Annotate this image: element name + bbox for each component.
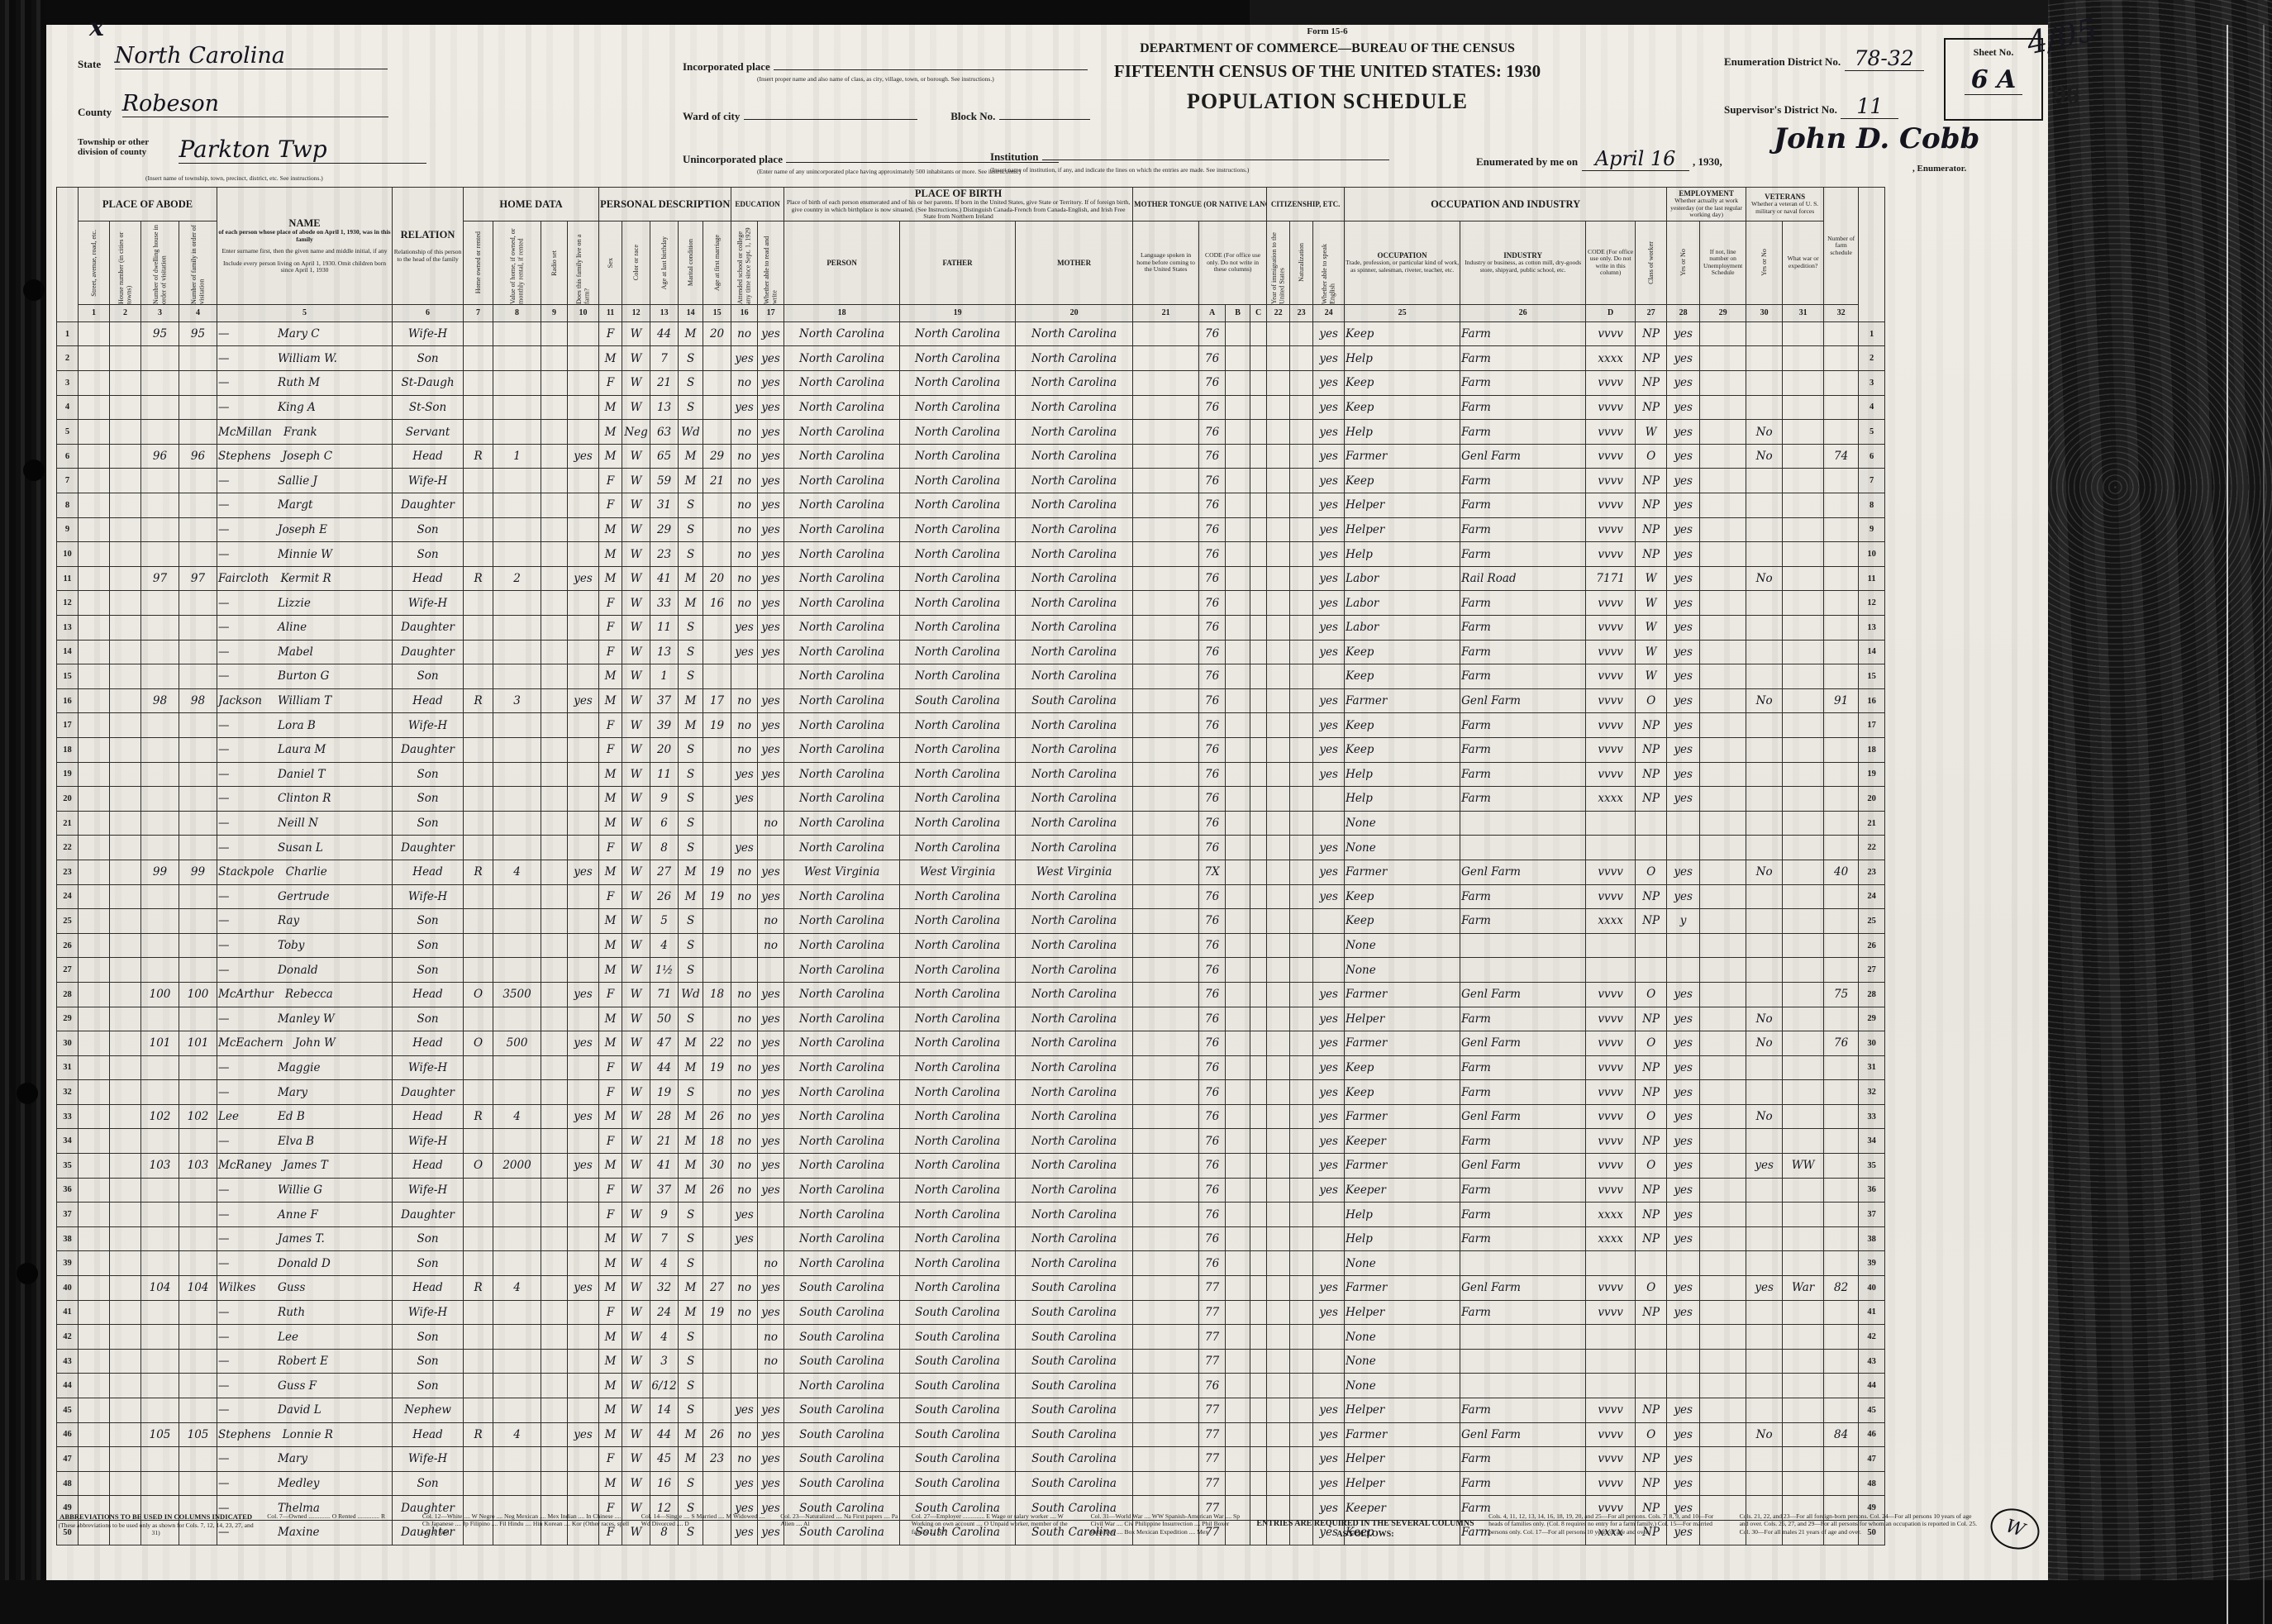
given-name: Lizzie (278, 597, 311, 610)
cell-relation: Head (393, 566, 464, 591)
cell-birthplace-father: West Virginia (900, 860, 1016, 884)
cell-code-a: 76 (1199, 664, 1226, 689)
cell-relation: Daughter (393, 493, 464, 518)
cell-sex: M (599, 1471, 622, 1496)
cell-birthplace-mother: North Carolina (1016, 395, 1133, 420)
cell-naturalization (1290, 860, 1313, 884)
given-name: Ruth (278, 1306, 305, 1319)
cell-veteran (1746, 1055, 1783, 1080)
surname: — (218, 669, 266, 683)
cell-age: 4 (650, 1251, 679, 1276)
cell-occupation: Keep (1345, 1080, 1460, 1105)
block-label: Block No. (950, 110, 995, 122)
given-name: Toby (278, 939, 304, 952)
cell-radio (541, 517, 568, 542)
col22-header: Year of immigration to the United States (1267, 221, 1290, 304)
cell-farm (568, 811, 599, 836)
cell-sex: M (599, 1276, 622, 1301)
surname: — (218, 498, 266, 512)
cell-war (1783, 762, 1824, 787)
cell-code-a: 77 (1199, 1447, 1226, 1472)
line-number-right: 27 (1859, 958, 1885, 983)
cell-code-d: vvvv (1586, 395, 1636, 420)
cell-family-number: 95 (179, 321, 217, 346)
cell-radio (541, 371, 568, 396)
cell-age-married: 23 (703, 1447, 731, 1472)
cell-industry: Farm (1460, 395, 1586, 420)
cell-birthplace-father: South Carolina (900, 1325, 1016, 1350)
cell-code-d: vvvv (1586, 982, 1636, 1007)
cell-age: 45 (650, 1447, 679, 1472)
cell-code-d: vvvv (1586, 1007, 1636, 1031)
cell-code-d (1586, 811, 1636, 836)
cell-class-of-worker: NP (1636, 1080, 1667, 1105)
census-row: 35 103 103 McRaneyJames T Head O 2000 ye… (57, 1154, 1885, 1179)
cell-farm-schedule (1824, 933, 1859, 958)
cell-farm-schedule (1824, 1178, 1859, 1203)
cell-race: W (622, 493, 650, 518)
surname: — (218, 352, 266, 365)
cell-occupation: Helper (1345, 517, 1460, 542)
cell-birthplace-mother: North Carolina (1016, 664, 1133, 689)
cell-code-d: vvvv (1586, 1276, 1636, 1301)
cell-worked-yesterday: yes (1667, 1178, 1700, 1203)
cell-farm (568, 1374, 599, 1398)
cell-age-married: 29 (703, 444, 731, 469)
cell-house-number (110, 321, 141, 346)
cell-marital: M (679, 688, 703, 713)
cell-street (79, 566, 110, 591)
cell-war (1783, 469, 1824, 493)
cell-industry: Farm (1460, 713, 1586, 738)
cell-class-of-worker (1636, 1251, 1667, 1276)
cell-sex: F (599, 371, 622, 396)
cell-school (731, 1349, 758, 1374)
line-number-left: 11 (57, 566, 79, 591)
cell-immigration-year (1267, 787, 1290, 812)
given-name: Lonnie R (283, 1428, 333, 1441)
cell-owned-rented (464, 420, 493, 445)
cell-birthplace-person: West Virginia (784, 860, 900, 884)
cell-marital: M (679, 860, 703, 884)
cell-code-c (1250, 1080, 1267, 1105)
cell-war (1783, 1031, 1824, 1056)
given-name: Mary (278, 1452, 307, 1465)
cell-radio (541, 1276, 568, 1301)
cell-farm (568, 1349, 599, 1374)
cell-industry: Farm (1460, 591, 1586, 616)
film-edge-bottom (0, 1580, 2272, 1624)
cell-speaks-english: yes (1313, 542, 1345, 567)
cell-relation: Wife-H (393, 591, 464, 616)
cell-family-number: 99 (179, 860, 217, 884)
cell-race: W (622, 1300, 650, 1325)
cell-worked-yesterday: yes (1667, 1129, 1700, 1154)
cell-name: —Aline (217, 616, 393, 641)
cell-birthplace-person: North Carolina (784, 321, 900, 346)
sd-value: 11 (1841, 94, 1898, 119)
cell-age-married (703, 1325, 731, 1350)
cell-street (79, 1129, 110, 1154)
cell-worked-yesterday: y (1667, 909, 1700, 934)
cell-house-number (110, 1447, 141, 1472)
cell-birthplace-mother: North Carolina (1016, 737, 1133, 762)
cell-sex: F (599, 469, 622, 493)
cell-house-number (110, 1104, 141, 1129)
census-row: 3 —Ruth M St-Daugh F W 21 S no yes North… (57, 371, 1885, 396)
census-row: 8 —Margt Daughter F W 31 S no yes North … (57, 493, 1885, 518)
cell-language (1133, 1447, 1199, 1472)
cell-relation: Son (393, 1251, 464, 1276)
cell-home-value (493, 909, 541, 934)
cell-class-of-worker: NP (1636, 1471, 1667, 1496)
cell-class-of-worker: W (1636, 420, 1667, 445)
cell-speaks-english: yes (1313, 1129, 1345, 1154)
cell-age: 19 (650, 1080, 679, 1105)
cell-code-c (1250, 664, 1267, 689)
line-number-left: 47 (57, 1447, 79, 1472)
cell-dwelling-number (141, 811, 179, 836)
cell-sex: M (599, 787, 622, 812)
township-line: Township or other division of county Par… (78, 137, 706, 165)
cell-home-value (493, 811, 541, 836)
given-name: Mary C (278, 327, 320, 341)
cell-class-of-worker: NP (1636, 517, 1667, 542)
cell-relation: Son (393, 933, 464, 958)
cell-war (1783, 958, 1824, 983)
cell-farm: yes (568, 1276, 599, 1301)
cell-code-a: 76 (1199, 737, 1226, 762)
cell-name: —Ruth M (217, 371, 393, 396)
cell-unemployment-line (1700, 591, 1746, 616)
line-number-left: 35 (57, 1154, 79, 1179)
cell-house-number (110, 1178, 141, 1203)
cell-naturalization (1290, 420, 1313, 445)
cell-class-of-worker: NP (1636, 787, 1667, 812)
cell-dwelling-number (141, 616, 179, 641)
cell-code-a: 76 (1199, 1178, 1226, 1203)
cell-immigration-year (1267, 836, 1290, 860)
cell-read-write: yes (758, 640, 784, 664)
given-name: John W (295, 1036, 336, 1050)
given-name: Lee (278, 1331, 298, 1344)
cell-home-value (493, 933, 541, 958)
line-number-right: 48 (1859, 1471, 1885, 1496)
census-row: 46 105 105 StephensLonnie R Head R 4 yes… (57, 1422, 1885, 1447)
cell-occupation: Farmer (1345, 1422, 1460, 1447)
cell-industry: Farm (1460, 1203, 1586, 1227)
given-name: Ray (278, 914, 299, 927)
cell-relation: Daughter (393, 616, 464, 641)
cell-occupation: Farmer (1345, 860, 1460, 884)
cell-birthplace-person: North Carolina (784, 346, 900, 371)
cell-dwelling-number (141, 517, 179, 542)
cell-code-d: vvvv (1586, 1447, 1636, 1472)
cell-birthplace-father: North Carolina (900, 469, 1016, 493)
census-row: 26 —Toby Son M W 4 S no North Carolina N… (57, 933, 1885, 958)
cell-code-a: 76 (1199, 982, 1226, 1007)
col31-label: What war or expedition? (1784, 255, 1822, 269)
census-row: 23 99 99 StackpoleCharlie Head R 4 yes M… (57, 860, 1885, 884)
column-number: 15 (703, 304, 731, 321)
cell-farm-schedule (1824, 1300, 1859, 1325)
line-number-left: 15 (57, 664, 79, 689)
cell-code-a: 76 (1199, 616, 1226, 641)
cell-age-married: 26 (703, 1422, 731, 1447)
cell-code-b (1226, 1300, 1250, 1325)
group-veterans: VETERANS Whether a veteran of U. S. mili… (1746, 188, 1824, 221)
cell-code-a: 77 (1199, 1349, 1226, 1374)
cell-dwelling-number (141, 371, 179, 396)
cell-house-number (110, 811, 141, 836)
cell-house-number (110, 395, 141, 420)
cell-age-married (703, 1251, 731, 1276)
cell-relation: Wife-H (393, 713, 464, 738)
cell-age: 23 (650, 542, 679, 567)
cell-worked-yesterday: yes (1667, 321, 1700, 346)
cell-house-number (110, 591, 141, 616)
surname: — (218, 621, 266, 634)
line-number-left: 16 (57, 688, 79, 713)
cell-birthplace-person: North Carolina (784, 493, 900, 518)
cell-school: no (731, 444, 758, 469)
cell-farm-schedule (1824, 1349, 1859, 1374)
cell-relation: St-Daugh (393, 371, 464, 396)
cell-naturalization (1290, 346, 1313, 371)
cell-birthplace-father: South Carolina (900, 1300, 1016, 1325)
cell-code-c (1250, 566, 1267, 591)
cell-code-a: 76 (1199, 566, 1226, 591)
cell-farm (568, 884, 599, 909)
cell-naturalization (1290, 371, 1313, 396)
line-number-right: 24 (1859, 884, 1885, 909)
cell-street (79, 395, 110, 420)
cell-race: W (622, 1055, 650, 1080)
cell-birthplace-father: North Carolina (900, 591, 1016, 616)
cell-age: 26 (650, 884, 679, 909)
cell-birthplace-mother: North Carolina (1016, 493, 1133, 518)
surname: — (218, 1183, 266, 1197)
cell-code-b (1226, 346, 1250, 371)
cell-school: no (731, 982, 758, 1007)
cell-veteran (1746, 1447, 1783, 1472)
cell-marital: M (679, 1276, 703, 1301)
cell-age-married (703, 1349, 731, 1374)
cell-birthplace-mother: North Carolina (1016, 1031, 1133, 1056)
cell-birthplace-father: South Carolina (900, 1471, 1016, 1496)
cell-school: yes (731, 1203, 758, 1227)
col4-header: Number of family in order of visitation (179, 221, 217, 304)
cell-war (1783, 1104, 1824, 1129)
cell-street (79, 420, 110, 445)
cell-veteran (1746, 1226, 1783, 1251)
code-d-header: CODE (For office use only. Do not write … (1586, 221, 1636, 304)
cell-house-number (110, 958, 141, 983)
cell-birthplace-mother: North Carolina (1016, 420, 1133, 445)
film-scratch-line-2 (2263, 25, 2265, 1624)
cell-naturalization (1290, 1031, 1313, 1056)
cell-class-of-worker: O (1636, 688, 1667, 713)
cell-worked-yesterday: yes (1667, 566, 1700, 591)
cell-class-of-worker: NP (1636, 395, 1667, 420)
cell-code-d: vvvv (1586, 1031, 1636, 1056)
cell-industry: Farm (1460, 1055, 1586, 1080)
column-number: 5 (217, 304, 393, 321)
cell-birthplace-father: North Carolina (900, 1203, 1016, 1227)
column-number: 31 (1783, 304, 1824, 321)
cell-code-a: 76 (1199, 1080, 1226, 1105)
cell-home-value (493, 958, 541, 983)
cell-language (1133, 1226, 1199, 1251)
surname: — (218, 597, 266, 610)
cell-language (1133, 1031, 1199, 1056)
cell-naturalization (1290, 1349, 1313, 1374)
cell-sex: F (599, 982, 622, 1007)
cell-unemployment-line (1700, 811, 1746, 836)
line-number-left: 39 (57, 1251, 79, 1276)
cell-code-c (1250, 737, 1267, 762)
column-number: 23 (1290, 304, 1313, 321)
surname: — (218, 548, 266, 561)
cell-street (79, 1276, 110, 1301)
cell-marital: S (679, 1374, 703, 1398)
cell-owned-rented (464, 664, 493, 689)
cell-farm (568, 787, 599, 812)
cell-race: W (622, 1447, 650, 1472)
cell-age: 9 (650, 787, 679, 812)
check-scrawl: W (1985, 1503, 2045, 1555)
surname: Wilkes (218, 1281, 266, 1294)
cell-immigration-year (1267, 982, 1290, 1007)
cell-owned-rented: R (464, 566, 493, 591)
cell-house-number (110, 1203, 141, 1227)
cell-house-number (110, 1007, 141, 1031)
film-scratch-line (2227, 25, 2228, 1624)
cell-birthplace-father: North Carolina (900, 884, 1016, 909)
cell-speaks-english: yes (1313, 566, 1345, 591)
cell-marital: S (679, 1007, 703, 1031)
cell-age-married: 19 (703, 1055, 731, 1080)
cell-code-b (1226, 493, 1250, 518)
cell-immigration-year (1267, 469, 1290, 493)
cell-sex: F (599, 591, 622, 616)
cell-radio (541, 1374, 568, 1398)
birth-person-header: PERSON (784, 221, 900, 304)
cell-house-number (110, 787, 141, 812)
name-note1: Enter surname first, then the given name… (218, 248, 391, 255)
cell-code-b (1226, 787, 1250, 812)
cell-naturalization (1290, 616, 1313, 641)
cell-industry (1460, 933, 1586, 958)
cell-unemployment-line (1700, 1374, 1746, 1398)
cell-farm-schedule (1824, 566, 1859, 591)
cell-naturalization (1290, 444, 1313, 469)
cell-street (79, 493, 110, 518)
cell-street (79, 909, 110, 934)
cell-worked-yesterday: yes (1667, 346, 1700, 371)
cell-naturalization (1290, 321, 1313, 346)
cell-language (1133, 566, 1199, 591)
cell-marital: S (679, 1251, 703, 1276)
cell-occupation: None (1345, 836, 1460, 860)
column-number: 6 (393, 304, 464, 321)
cell-immigration-year (1267, 688, 1290, 713)
census-row: 20 —Clinton R Son M W 9 S yes North Caro… (57, 787, 1885, 812)
cell-industry: Farm (1460, 664, 1586, 689)
group-home-data: HOME DATA (464, 188, 599, 221)
cell-owned-rented (464, 1251, 493, 1276)
unincorporated-label: Unincorporated place (683, 153, 783, 165)
cell-code-c (1250, 688, 1267, 713)
cell-age: 39 (650, 713, 679, 738)
cell-marital: S (679, 811, 703, 836)
footer: ABBREVIATIONS TO BE USED IN COLUMNS INDI… (56, 1512, 2040, 1552)
cell-farm-schedule (1824, 517, 1859, 542)
cell-code-d: vvvv (1586, 1422, 1636, 1447)
cell-code-d: vvvv (1586, 1129, 1636, 1154)
cell-speaks-english: yes (1313, 860, 1345, 884)
cell-birthplace-mother: South Carolina (1016, 1325, 1133, 1350)
cell-industry: Farm (1460, 1080, 1586, 1105)
census-row: 30 101 101 McEachernJohn W Head O 500 ye… (57, 1031, 1885, 1056)
cell-occupation: Help (1345, 1226, 1460, 1251)
cell-school: no (731, 542, 758, 567)
cell-code-d: xxxx (1586, 1203, 1636, 1227)
cell-birthplace-mother: North Carolina (1016, 517, 1133, 542)
cell-race: W (622, 566, 650, 591)
cell-marital: M (679, 1154, 703, 1179)
supervisor-district-line: Supervisor's District No. 11 (1724, 94, 1898, 119)
col13-label: Age at last birthday (660, 236, 668, 289)
census-row: 31 —Maggie Wife-H F W 44 M 19 no yes Nor… (57, 1055, 1885, 1080)
cell-language (1133, 909, 1199, 934)
cell-code-a: 76 (1199, 517, 1226, 542)
cell-code-d: vvvv (1586, 737, 1636, 762)
cell-code-c (1250, 811, 1267, 836)
cell-home-value: 3 (493, 688, 541, 713)
cell-class-of-worker: W (1636, 640, 1667, 664)
given-name: Donald D (278, 1257, 331, 1270)
cell-name: —Burton G (217, 664, 393, 689)
cell-language (1133, 811, 1199, 836)
cell-language (1133, 542, 1199, 567)
cell-home-value (493, 517, 541, 542)
cell-class-of-worker: O (1636, 1031, 1667, 1056)
cell-race: W (622, 640, 650, 664)
cell-dwelling-number (141, 909, 179, 934)
cell-code-c (1250, 321, 1267, 346)
institution-blank (1042, 149, 1389, 160)
cell-street (79, 860, 110, 884)
cell-farm-schedule (1824, 713, 1859, 738)
cell-war (1783, 1007, 1824, 1031)
cell-language (1133, 860, 1199, 884)
cell-speaks-english: yes (1313, 762, 1345, 787)
cell-unemployment-line (1700, 1154, 1746, 1179)
cell-speaks-english: yes (1313, 591, 1345, 616)
cell-birthplace-person: North Carolina (784, 884, 900, 909)
cell-veteran (1746, 982, 1783, 1007)
cell-family-number: 98 (179, 688, 217, 713)
cell-veteran (1746, 713, 1783, 738)
census-sheet: x State North Carolina County Robeson To… (46, 25, 2048, 1580)
cell-farm-schedule: 74 (1824, 444, 1859, 469)
page-stamp: 96 (2053, 79, 2079, 110)
township-label: Township or other division of county (78, 137, 175, 157)
cell-language (1133, 982, 1199, 1007)
col24-header: Whether able to speak English (1313, 221, 1345, 304)
cell-code-b (1226, 1178, 1250, 1203)
